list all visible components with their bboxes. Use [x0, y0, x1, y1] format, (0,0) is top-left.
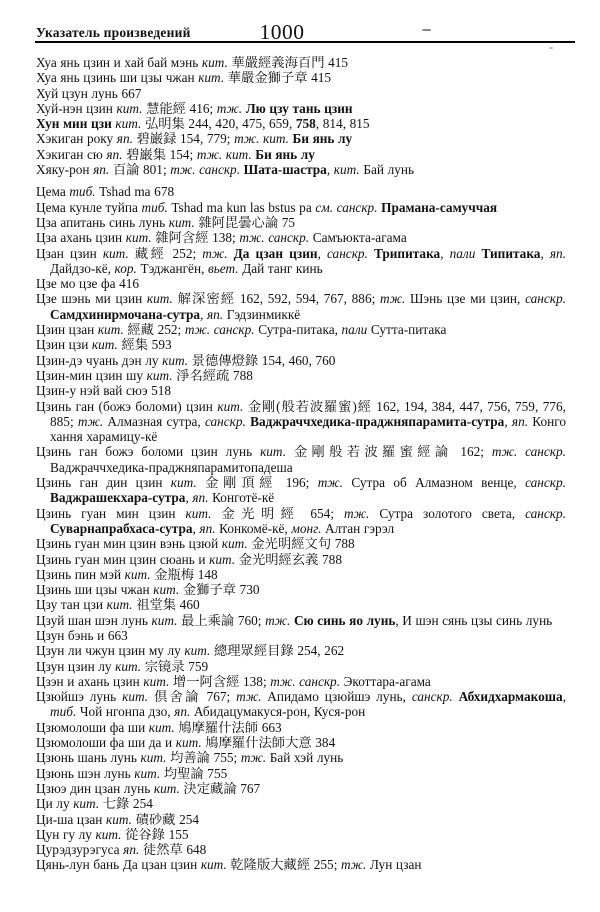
- text-segment: Цзинь гуан мин цзин вэнь цзюй: [36, 536, 222, 551]
- text-segment: 徒然草 648: [139, 842, 206, 857]
- text-segment: кит.: [98, 322, 124, 337]
- index-entry: Цзинь ган (божэ боломи) цзин кит. 金剛(般若波…: [36, 399, 566, 445]
- text-segment: Цема кунле туйпа: [36, 200, 142, 215]
- text-segment: кит.: [106, 812, 132, 827]
- text-segment: Прамана-самуччая: [381, 200, 497, 215]
- text-segment: 金剛般若波羅蜜經論 162;: [286, 444, 492, 459]
- index-entry: Цзинь гуан мин цзин вэнь цзюй кит. 金光明經文…: [36, 536, 566, 551]
- text-segment: Цзе шэнь ми цзин: [36, 291, 147, 306]
- text-segment: Шэнь цзе ми цзин,: [405, 291, 525, 306]
- text-segment: Дайдзо-кё,: [50, 261, 115, 276]
- text-segment: яп.: [123, 842, 139, 857]
- text-segment: Самдхинирмочана-сутра: [50, 307, 200, 322]
- text-segment: кит.: [103, 246, 129, 261]
- index-entry: Цзун цзин лу кит. 宗镜录 759: [36, 659, 566, 674]
- text-segment: санскр.: [525, 291, 566, 306]
- text-segment: тж.: [341, 857, 366, 872]
- text-segment: Экоттара-агама: [340, 674, 431, 689]
- text-segment: кит.: [202, 55, 228, 70]
- index-entry: Цзюнь шэн лунь кит. 均聖論 755: [36, 766, 566, 781]
- text-segment: Цзин-у нэй вай сюэ 518: [36, 383, 171, 398]
- text-segment: тж.: [344, 506, 369, 521]
- text-segment: ,: [318, 246, 327, 261]
- text-segment: вьет.: [208, 261, 239, 276]
- text-segment: тж.: [236, 689, 261, 704]
- text-segment: 金光明經 654;: [212, 506, 345, 521]
- text-segment: кит.: [153, 582, 179, 597]
- text-segment: 宗镜录 759: [141, 659, 208, 674]
- text-segment: кит.: [73, 796, 99, 811]
- text-segment: кит.: [126, 230, 152, 245]
- text-segment: яп.: [512, 414, 528, 429]
- text-segment: Суварнапрабха­са-сутра: [50, 521, 193, 536]
- text-segment: кит.: [115, 659, 141, 674]
- text-segment: 淨名經疏 788: [173, 368, 253, 383]
- header-rule: [35, 41, 575, 43]
- text-segment: кор.: [115, 261, 137, 276]
- text-segment: кит.: [217, 399, 243, 414]
- text-segment: тж. кит.: [197, 147, 252, 162]
- text-segment: 鳩摩羅什法師大意 384: [202, 735, 336, 750]
- text-segment: тж. санскр.: [492, 444, 566, 459]
- text-segment: 金獅子章 730: [179, 582, 259, 597]
- index-entry: Хуа янь цзинь ши цзы чжан кит. 華嚴金獅子章 41…: [36, 70, 566, 85]
- text-segment: монг.: [291, 521, 321, 536]
- index-entry: Хуй цзун лунь 667: [36, 86, 566, 101]
- text-segment: Хун мин цзи: [36, 116, 115, 131]
- text-segment: кит.: [141, 750, 167, 765]
- text-segment: Ваджраччхедика-праджняпарамита-сутра: [250, 414, 504, 429]
- text-segment: Цза ахань цзин: [36, 230, 126, 245]
- text-segment: 碧巌集 154;: [123, 147, 197, 162]
- index-entry: Цзин-мин цзин шу кит. 淨名經疏 788: [36, 368, 566, 383]
- text-segment: санскр.: [327, 246, 368, 261]
- text-segment: Цзюйшэ лунь: [36, 689, 122, 704]
- index-section: Хуа янь цзин и хай бай мэнь кит. 華嚴經義海百門…: [36, 55, 566, 177]
- text-segment: , И шэн сянь цзы синь лунь: [395, 613, 552, 628]
- text-segment: Бай лунь: [360, 162, 414, 177]
- text-segment: кит.: [171, 475, 197, 490]
- text-segment: тиб.: [69, 184, 95, 199]
- text-segment: Цзуй шан шэн лунь: [36, 613, 151, 628]
- page-header: Указатель произведений 1000: [36, 20, 573, 42]
- text-segment: Алтан гэрэл: [321, 521, 394, 536]
- text-segment: яп.: [93, 162, 109, 177]
- index-entry: Ци лу кит. 七錄 254: [36, 796, 566, 811]
- index-entry: Цзинь ган божэ боломи цзин лунь кит. 金剛般…: [36, 444, 566, 475]
- text-segment: Хяку-рон: [36, 162, 93, 177]
- text-segment: Цзин-дэ чуань дэн лу: [36, 353, 162, 368]
- text-segment: тж. санскр.: [270, 674, 340, 689]
- text-segment: Цурэдзурэгуса: [36, 842, 123, 857]
- text-segment: Сю синь яо лунь: [294, 613, 395, 628]
- text-segment: санскр.: [525, 475, 566, 490]
- text-segment: 華嚴經義海百門 415: [228, 55, 348, 70]
- text-segment: Цзюнь шэн лунь: [36, 766, 134, 781]
- text-segment: Цзу тан цзи: [36, 597, 107, 612]
- text-segment: см. санскр.: [315, 200, 377, 215]
- index-entry: Хэкиган року яп. 碧巌録 154, 779; тж. кит. …: [36, 131, 566, 146]
- text-segment: кит.: [176, 735, 202, 750]
- text-segment: 金剛頂經 196;: [197, 475, 318, 490]
- text-segment: 鳩摩羅什法師 663: [175, 720, 282, 735]
- text-segment: Гэдзинмиккё: [223, 307, 300, 322]
- index-entry: Цзу тан цзи кит. 祖堂集 460: [36, 597, 566, 612]
- text-segment: 最上乘論 760;: [177, 613, 265, 628]
- text-segment: тж.: [265, 613, 290, 628]
- text-segment: пали: [342, 322, 368, 337]
- index-entry: Хяку-рон яп. 百論 801; тж. санскр. Шата-ша…: [36, 162, 566, 177]
- index-entry: Цзуй шан шэн лунь кит. 最上乘論 760; тж. Сю …: [36, 613, 566, 628]
- index-entry: Цзюмолоши фа ши да и кит. 鳩摩羅什法師大意 384: [36, 735, 566, 750]
- index-entry: Цзун бэнь и 663: [36, 628, 566, 643]
- text-segment: Дай танг кинь: [239, 261, 323, 276]
- text-segment: Лун цзан: [366, 857, 421, 872]
- index-entry: Цза ахань цзин кит. 雜阿含經 138; тж. санскр…: [36, 230, 566, 245]
- text-segment: Цзюмолоши фа ши да и: [36, 735, 176, 750]
- index-entry: Цза апитань синь лунь кит. 雜阿毘曇心論 75: [36, 215, 566, 230]
- text-segment: Ваджраччхеди­ка-праджняпарамитопадеша: [50, 460, 293, 475]
- text-segment: ,: [327, 162, 334, 177]
- text-segment: 總理眾經目錄 254, 262: [210, 643, 344, 658]
- text-segment: 解深密經 162, 592, 594, 767, 886;: [173, 291, 380, 306]
- text-segment: Сутра-питака,: [255, 322, 342, 337]
- index-section: Цема тиб. Tshad ma 678Цема кунле туйпа т…: [36, 184, 566, 872]
- text-segment: 決定藏論 767: [180, 781, 260, 796]
- text-segment: Хуй-нэн цзин: [36, 101, 117, 116]
- text-segment: Цянь-лун бань Да цзан цзин: [36, 857, 201, 872]
- text-segment: Би янь лу: [293, 131, 353, 146]
- text-segment: Чой нгонпа дзо,: [76, 704, 174, 719]
- index-entry: Цзе мо цзе фа 416: [36, 276, 566, 291]
- text-segment: 雜阿含經 138;: [152, 230, 240, 245]
- text-segment: 磧砂藏 254: [132, 812, 199, 827]
- text-segment: Хэкиган сю: [36, 147, 106, 162]
- text-segment: кит.: [222, 536, 248, 551]
- text-segment: Цзинь ган божэ боломи цзин лунь: [36, 444, 260, 459]
- text-segment: кит.: [201, 857, 227, 872]
- text-segment: кит.: [107, 597, 133, 612]
- text-segment: Ци-ша цзан: [36, 812, 106, 827]
- text-segment: яп.: [207, 307, 223, 322]
- text-segment: Цзинь пин мэй: [36, 567, 125, 582]
- index-entry: Цзинь гуан мин цзин сюань и кит. 金光明經玄義 …: [36, 552, 566, 567]
- text-segment: 金瓶梅 148: [151, 567, 218, 582]
- text-segment: кит.: [198, 70, 224, 85]
- text-segment: Конготё-кё: [209, 490, 275, 505]
- text-segment: 乾隆版大藏經 255;: [227, 857, 341, 872]
- index-entry: Цзюнь шань лунь кит. 均善論 755; тж. Бай хэ…: [36, 750, 566, 765]
- text-segment: 慧能經 416;: [142, 101, 216, 116]
- text-segment: Цзинь ган дин цзин: [36, 475, 171, 490]
- text-segment: Хуа янь цзин и хай бай мэнь: [36, 55, 202, 70]
- text-segment: 祖堂集 460: [133, 597, 200, 612]
- text-segment: ,: [504, 414, 512, 429]
- text-segment: кит.: [184, 643, 210, 658]
- text-segment: тж. санскр.: [239, 230, 309, 245]
- text-segment: яп.: [174, 704, 190, 719]
- text-segment: Хуй цзун лунь 667: [36, 86, 141, 101]
- text-segment: 經藏 252;: [124, 322, 185, 337]
- text-segment: Конкомё-кё,: [216, 521, 292, 536]
- text-segment: кит.: [147, 368, 173, 383]
- text-segment: Бай хэй лунь: [266, 750, 343, 765]
- scan-speck: [549, 47, 553, 49]
- text-segment: Хэкиган року: [36, 131, 117, 146]
- text-segment: Цзун бэнь и 663: [36, 628, 128, 643]
- text-segment: Тэджангён,: [137, 261, 208, 276]
- text-segment: 經集 593: [118, 337, 172, 352]
- text-segment: 金光明經玄義 788: [235, 552, 342, 567]
- index-entry: Цзун ли чжун цзин му лу кит. 總理眾經目錄 254,…: [36, 643, 566, 658]
- text-segment: кит.: [149, 720, 175, 735]
- text-segment: тж.: [202, 246, 227, 261]
- text-segment: санскр.: [205, 414, 246, 429]
- text-segment: тж.: [380, 291, 405, 306]
- text-segment: тж. санскр.: [170, 162, 240, 177]
- index-entry: Хуй-нэн цзин кит. 慧能經 416; тж. Лю цзу та…: [36, 101, 566, 116]
- text-segment: Tshad ma kun las bstus pa: [168, 200, 316, 215]
- text-segment: Сутта-питака: [367, 322, 446, 337]
- text-segment: Цзин цзи: [36, 337, 92, 352]
- text-segment: кит.: [134, 766, 160, 781]
- text-segment: кит.: [151, 613, 177, 628]
- text-segment: Цзюэ дин цзан лунь: [36, 781, 154, 796]
- index-entry: Цзинь ши цзы чжан кит. 金獅子章 730: [36, 582, 566, 597]
- text-segment: 758: [296, 116, 316, 131]
- book-page: Указатель произведений 1000 Хуа янь цзин…: [0, 0, 600, 912]
- text-segment: яп.: [192, 490, 208, 505]
- text-segment: кит.: [186, 506, 212, 521]
- text-segment: яп.: [106, 147, 122, 162]
- text-segment: Би янь лу: [255, 147, 315, 162]
- text-segment: тиб.: [50, 704, 76, 719]
- text-segment: Цзинь ши цзы чжан: [36, 582, 153, 597]
- text-segment: Абидацумакуся-рон, Куся-рон: [190, 704, 365, 719]
- text-segment: санскр.: [412, 689, 453, 704]
- index-entry: Цзюэ дин цзан лунь кит. 決定藏論 767: [36, 781, 566, 796]
- text-segment: Самъюкта-агама: [309, 230, 407, 245]
- text-segment: Да цзан цзин: [234, 246, 318, 261]
- text-segment: кит.: [143, 674, 169, 689]
- text-segment: Алмазная сутра,: [103, 414, 205, 429]
- text-segment: ,: [200, 307, 207, 322]
- index-entry: Цзин-дэ чуань дэн лу кит. 景德傳燈錄 154, 460…: [36, 353, 566, 368]
- index-entry: Цзин цзи кит. 經集 593: [36, 337, 566, 352]
- text-segment: 金光明經文句 788: [248, 536, 355, 551]
- text-segment: Цзинь ган (божэ боломи) цзин: [36, 399, 217, 414]
- index-entry: Цема кунле туйпа тиб. Tshad ma kun las b…: [36, 200, 566, 215]
- index-entry: Цзэн и ахань цзин кит. 增一阿含經 138; тж. са…: [36, 674, 566, 689]
- text-segment: 百論 801;: [109, 162, 170, 177]
- text-segment: Шата-шастра: [244, 162, 327, 177]
- index-entry: Цзюйшэ лунь кит. 倶舍論 767; тж. Апидамо цз…: [36, 689, 566, 720]
- index-entry: Цун гу лу кит. 從谷錄 155: [36, 827, 566, 842]
- text-segment: тж.: [78, 414, 103, 429]
- index-entry: Цзинь гуан мин цзин кит. 金光明經 654; тж. С…: [36, 506, 566, 537]
- text-segment: кит.: [92, 337, 118, 352]
- index-entry: Цурэдзурэгуса яп. 徒然草 648: [36, 842, 566, 857]
- text-segment: 碧巌録 154, 779;: [133, 131, 234, 146]
- text-segment: ,: [540, 246, 549, 261]
- index-entry: Хун мин цзи кит. 弘明集 244, 420, 475, 659,…: [36, 116, 566, 131]
- index-entry: Цема тиб. Tshad ma 678: [36, 184, 566, 199]
- text-segment: тж. санскр.: [185, 322, 255, 337]
- text-segment: яп.: [550, 246, 566, 261]
- text-segment: 從谷錄 155: [122, 827, 189, 842]
- running-title: Указатель произведений: [36, 25, 191, 41]
- text-segment: кит.: [209, 552, 235, 567]
- text-segment: Сутра об Алмазном венце,: [343, 475, 525, 490]
- text-segment: Апидамо цзюйшэ лунь,: [261, 689, 411, 704]
- text-segment: кит.: [147, 291, 173, 306]
- index-entry: Цянь-лун бань Да цзан цзин кит. 乾隆版大藏經 2…: [36, 857, 566, 872]
- text-segment: тж.: [318, 475, 343, 490]
- text-segment: Ци лу: [36, 796, 73, 811]
- text-segment: тиб.: [142, 200, 168, 215]
- index-entry: Ци-ша цзан кит. 磧砂藏 254: [36, 812, 566, 827]
- text-segment: ,: [563, 689, 566, 704]
- text-segment: 弘明集 244, 420, 475, 659,: [141, 116, 296, 131]
- text-segment: 均善論 755;: [167, 750, 241, 765]
- text-segment: Tshad ma 678: [96, 184, 175, 199]
- text-segment: Лю цзу тань цзин: [246, 101, 353, 116]
- text-segment: Цзин цзан: [36, 322, 98, 337]
- text-segment: , 814, 815: [316, 116, 370, 131]
- text-segment: санскр.: [525, 506, 566, 521]
- text-segment: кит.: [96, 827, 122, 842]
- text-segment: кит.: [260, 444, 286, 459]
- index-entries: Хуа янь цзин и хай бай мэнь кит. 華嚴經義海百門…: [36, 55, 566, 873]
- text-segment: кит.: [154, 781, 180, 796]
- text-segment: Цзюмолоши фа ши: [36, 720, 149, 735]
- index-entry: Цзинь пин мэй кит. 金瓶梅 148: [36, 567, 566, 582]
- text-segment: 均聖論 755: [160, 766, 227, 781]
- text-segment: Цзинь гуан мин цзин: [36, 506, 186, 521]
- text-segment: Цзун цзин лу: [36, 659, 115, 674]
- index-entry: Цзинь ган дин цзин кит. 金剛頂經 196; тж. Су…: [36, 475, 566, 506]
- text-segment: Цзюнь шань лунь: [36, 750, 141, 765]
- text-segment: кит.: [334, 162, 360, 177]
- text-segment: яп.: [199, 521, 215, 536]
- text-segment: Ваджрашекха­ра-сутра: [50, 490, 185, 505]
- text-segment: 雜阿毘曇心論 75: [195, 215, 295, 230]
- text-segment: 華嚴金獅子章 415: [224, 70, 331, 85]
- index-entry: Цзе шэнь ми цзин кит. 解深密經 162, 592, 594…: [36, 291, 566, 322]
- text-segment: яп.: [117, 131, 133, 146]
- text-segment: 景德傳燈錄 154, 460, 760: [188, 353, 335, 368]
- text-segment: тж.: [217, 101, 242, 116]
- text-segment: Цзин-мин цзин шу: [36, 368, 147, 383]
- text-segment: ,: [440, 246, 449, 261]
- text-segment: Цза апитань синь лунь: [36, 215, 169, 230]
- text-segment: Цзинь гуан мин цзин сюань и: [36, 552, 209, 567]
- text-segment: Типитака: [481, 246, 540, 261]
- text-segment: 倶舍論 767;: [148, 689, 236, 704]
- text-segment: Цема: [36, 184, 69, 199]
- text-segment: кит.: [125, 567, 151, 582]
- index-entry: Цзин цзан кит. 經藏 252; тж. санскр. Сутра…: [36, 322, 566, 337]
- text-segment: пали: [450, 246, 476, 261]
- text-segment: Цзан цзин: [36, 246, 103, 261]
- text-segment: Хуа янь цзинь ши цзы чжан: [36, 70, 198, 85]
- text-segment: Сутра золотого света,: [369, 506, 525, 521]
- text-segment: кит.: [115, 116, 141, 131]
- text-segment: Цзун ли чжун цзин му лу: [36, 643, 184, 658]
- text-segment: кит.: [122, 689, 148, 704]
- text-segment: 七錄 254: [99, 796, 153, 811]
- index-entry: Цзюмолоши фа ши кит. 鳩摩羅什法師 663: [36, 720, 566, 735]
- text-segment: тж.: [241, 750, 266, 765]
- text-segment: кит.: [162, 353, 188, 368]
- scan-speck: [422, 29, 431, 31]
- text-segment: тж. кит.: [234, 131, 289, 146]
- index-entry: Цзин-у нэй вай сюэ 518: [36, 383, 566, 398]
- index-entry: Цзан цзин кит. 藏經 252; тж. Да цзан цзин,…: [36, 246, 566, 277]
- text-segment: 增一阿含經 138;: [169, 674, 270, 689]
- text-segment: кит.: [117, 101, 143, 116]
- index-entry: Хэкиган сю яп. 碧巌集 154; тж. кит. Би янь …: [36, 147, 566, 162]
- index-entry: Хуа янь цзин и хай бай мэнь кит. 華嚴經義海百門…: [36, 55, 566, 70]
- text-segment: Абхидхармакоша: [459, 689, 563, 704]
- text-segment: кит.: [169, 215, 195, 230]
- text-segment: Цун гу лу: [36, 827, 96, 842]
- text-segment: Цзе мо цзе фа 416: [36, 276, 139, 291]
- text-segment: Цзэн и ахань цзин: [36, 674, 143, 689]
- text-segment: Трипитака: [374, 246, 440, 261]
- text-segment: 藏經 252;: [129, 246, 202, 261]
